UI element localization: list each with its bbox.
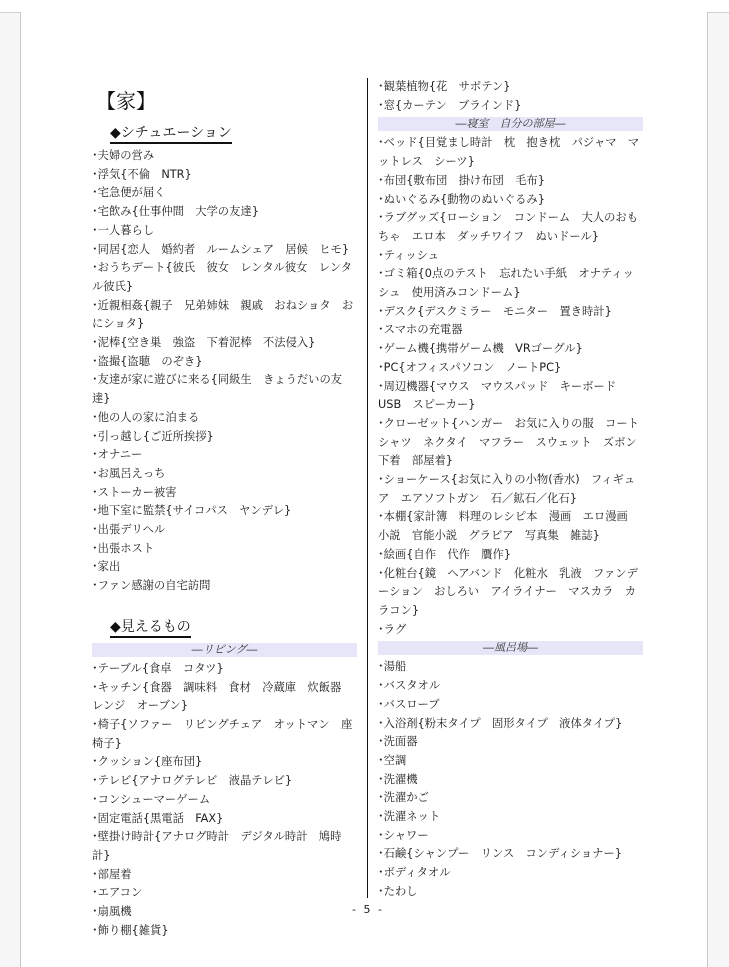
list-item: ･テーブル{食卓 コタツ} xyxy=(92,660,357,679)
list-item: ･バスタオル xyxy=(378,677,643,696)
list-item: ･ぬいぐるみ{動物のぬいぐるみ} xyxy=(378,191,643,210)
list-item: ･窓{カーテン ブラインド} xyxy=(378,97,643,116)
list-item: ･盗撮{盗聴 のぞき} xyxy=(92,353,357,372)
list-item: ･ゴミ箱{0点のテスト 忘れたい手紙 オナティッシュ 使用済みコンドーム} xyxy=(378,265,643,302)
list-item: ･洗濯機 xyxy=(378,771,643,790)
situation-list: ･夫婦の営み･浮気{不倫 NTR}･宅急便が届く･宅飲み{仕事仲間 大学の友達}… xyxy=(92,147,357,596)
living-continued-list: ･観葉植物{花 サボテン}･窓{カーテン ブラインド} xyxy=(378,78,643,115)
list-item: ･家出 xyxy=(92,558,357,577)
list-item: ･固定電話{黒電話 FAX} xyxy=(92,810,357,829)
list-item: ･クローゼット{ハンガー お気に入りの服 コート シャツ ネクタイ マフラー ス… xyxy=(378,415,643,471)
list-item: ･飾り棚{雑貨} xyxy=(92,922,357,941)
list-item: ･PC{オフィスパソコン ノートPC} xyxy=(378,359,643,378)
list-item: ･洗濯かご xyxy=(378,789,643,808)
section-heading-visible: ◆見えるもの xyxy=(110,618,191,638)
left-column: 【家】 ◆シチュエーション ･夫婦の営み･浮気{不倫 NTR}･宅急便が届く･宅… xyxy=(92,80,357,940)
bedroom-items-list: ･ベッド{目覚まし時計 枕 抱き枕 パジャマ マットレス シーツ}･布団{敷布団… xyxy=(378,134,643,639)
list-item: ･布団{敷布団 掛け布団 毛布} xyxy=(378,172,643,191)
page-number: - 5 - xyxy=(352,903,384,916)
list-item: ･クッション{座布団} xyxy=(92,753,357,772)
list-item: ･ゲーム機{携帯ゲーム機 VRゴーグル} xyxy=(378,340,643,359)
list-item: ･湯船 xyxy=(378,658,643,677)
list-item: ･洗濯ネット xyxy=(378,808,643,827)
list-item: ･オナニー xyxy=(92,446,357,465)
list-item: ･浮気{不倫 NTR} xyxy=(92,166,357,185)
list-item: ･おうちデート{彼氏 彼女 レンタル彼女 レンタル彼氏} xyxy=(92,259,357,296)
list-item: ･ラグ xyxy=(378,621,643,640)
list-item: ･ラブグッズ{ローション コンドーム 大人のおもちゃ エロ本 ダッチワイフ ぬい… xyxy=(378,209,643,246)
subheading-bar-bath: ―風呂場― xyxy=(378,641,643,655)
list-item: ･絵画{自作 代作 贋作} xyxy=(378,546,643,565)
list-item: ･周辺機器{マウス マウスパッド キーボード USB スピーカー} xyxy=(378,378,643,415)
list-item: ･本棚{家計簿 料理のレシピ本 漫画 エロ漫画 小説 官能小説 グラビア 写真集… xyxy=(378,508,643,545)
list-item: ･観葉植物{花 サボテン} xyxy=(378,78,643,97)
list-item: ･扇風機 xyxy=(92,903,357,922)
list-item: ･入浴剤{粉末タイプ 固形タイプ 液体タイプ} xyxy=(378,715,643,734)
list-item: ･ショーケース{お気に入りの小物(香水) フィギュア エアソフトガン 石／鉱石／… xyxy=(378,471,643,508)
list-item: ･ボディタオル xyxy=(378,864,643,883)
list-item: ･ベッド{目覚まし時計 枕 抱き枕 パジャマ マットレス シーツ} xyxy=(378,134,643,171)
list-item: ･エアコン xyxy=(92,884,357,903)
list-item: ･シャワー xyxy=(378,827,643,846)
list-item: ･スマホの充電器 xyxy=(378,321,643,340)
list-item: ･同居{恋人 婚約者 ルームシェア 居候 ヒモ} xyxy=(92,241,357,260)
list-item: ･バスローブ xyxy=(378,696,643,715)
list-item: ･友達が家に遊びに来る{同級生 きょうだいの友達} xyxy=(92,371,357,408)
list-item: ･出張ホスト xyxy=(92,540,357,559)
visible-items-list: ･テーブル{食卓 コタツ}･キッチン{食器 調味料 食材 冷蔵庫 炊飯器 レンジ… xyxy=(92,660,357,941)
list-item: ･出張デリヘル xyxy=(92,521,357,540)
list-item: ･お風呂えっち xyxy=(92,465,357,484)
subheading-bar-bedroom: ―寝室 自分の部屋― xyxy=(378,117,643,131)
list-item: ･他の人の家に泊まる xyxy=(92,409,357,428)
list-item: ･宅飲み{仕事仲間 大学の友達} xyxy=(92,203,357,222)
list-item: ･化粧台{鏡 ヘアバンド 化粧水 乳液 ファンデーション おしろい アイライナー… xyxy=(378,565,643,621)
list-item: ･宅急便が届く xyxy=(92,184,357,203)
list-item: ･ファン感謝の自宅訪問 xyxy=(92,577,357,596)
list-item: ･ストーカー被害 xyxy=(92,484,357,503)
list-item: ･引っ越し{ご近所挨拶} xyxy=(92,428,357,447)
list-item: ･洗面器 xyxy=(378,733,643,752)
column-divider xyxy=(367,78,368,898)
list-item: ･石鹸{シャンプー リンス コンディショナー} xyxy=(378,845,643,864)
list-item: ･壁掛け時計{アナログ時計 デジタル時計 鳩時計} xyxy=(92,828,357,865)
section-heading-situation: ◆シチュエーション xyxy=(110,124,232,144)
list-item: ･空調 xyxy=(378,752,643,771)
subheading-bar-living: ―リビング― xyxy=(92,643,357,657)
list-item: ･ティッシュ xyxy=(378,247,643,266)
list-item: ･たわし xyxy=(378,883,643,902)
bath-items-list: ･湯船･バスタオル･バスローブ･入浴剤{粉末タイプ 固形タイプ 液体タイプ}･洗… xyxy=(378,658,643,901)
list-item: ･キッチン{食器 調味料 食材 冷蔵庫 炊飯器 レンジ オーブン} xyxy=(92,679,357,716)
list-item: ･テレビ{アナログテレビ 液晶テレビ} xyxy=(92,772,357,791)
list-item: ･部屋着 xyxy=(92,866,357,885)
list-item: ･夫婦の営み xyxy=(92,147,357,166)
list-item: ･デスク{デスクミラー モニター 置き時計} xyxy=(378,303,643,322)
list-item: ･椅子{ソファー リビングチェア オットマン 座椅子} xyxy=(92,716,357,753)
list-item: ･地下室に監禁{サイコパス ヤンデレ} xyxy=(92,502,357,521)
list-item: ･一人暮らし xyxy=(92,222,357,241)
page-title: 【家】 xyxy=(96,88,357,114)
list-item: ･コンシューマーゲーム xyxy=(92,791,357,810)
list-item: ･泥棒{空き巣 強盗 下着泥棒 不法侵入} xyxy=(92,334,357,353)
right-column: ･観葉植物{花 サボテン}･窓{カーテン ブラインド} ―寝室 自分の部屋― ･… xyxy=(378,78,643,902)
list-item: ･近親相姦{親子 兄弟姉妹 親戚 おねショタ おにショタ} xyxy=(92,297,357,334)
